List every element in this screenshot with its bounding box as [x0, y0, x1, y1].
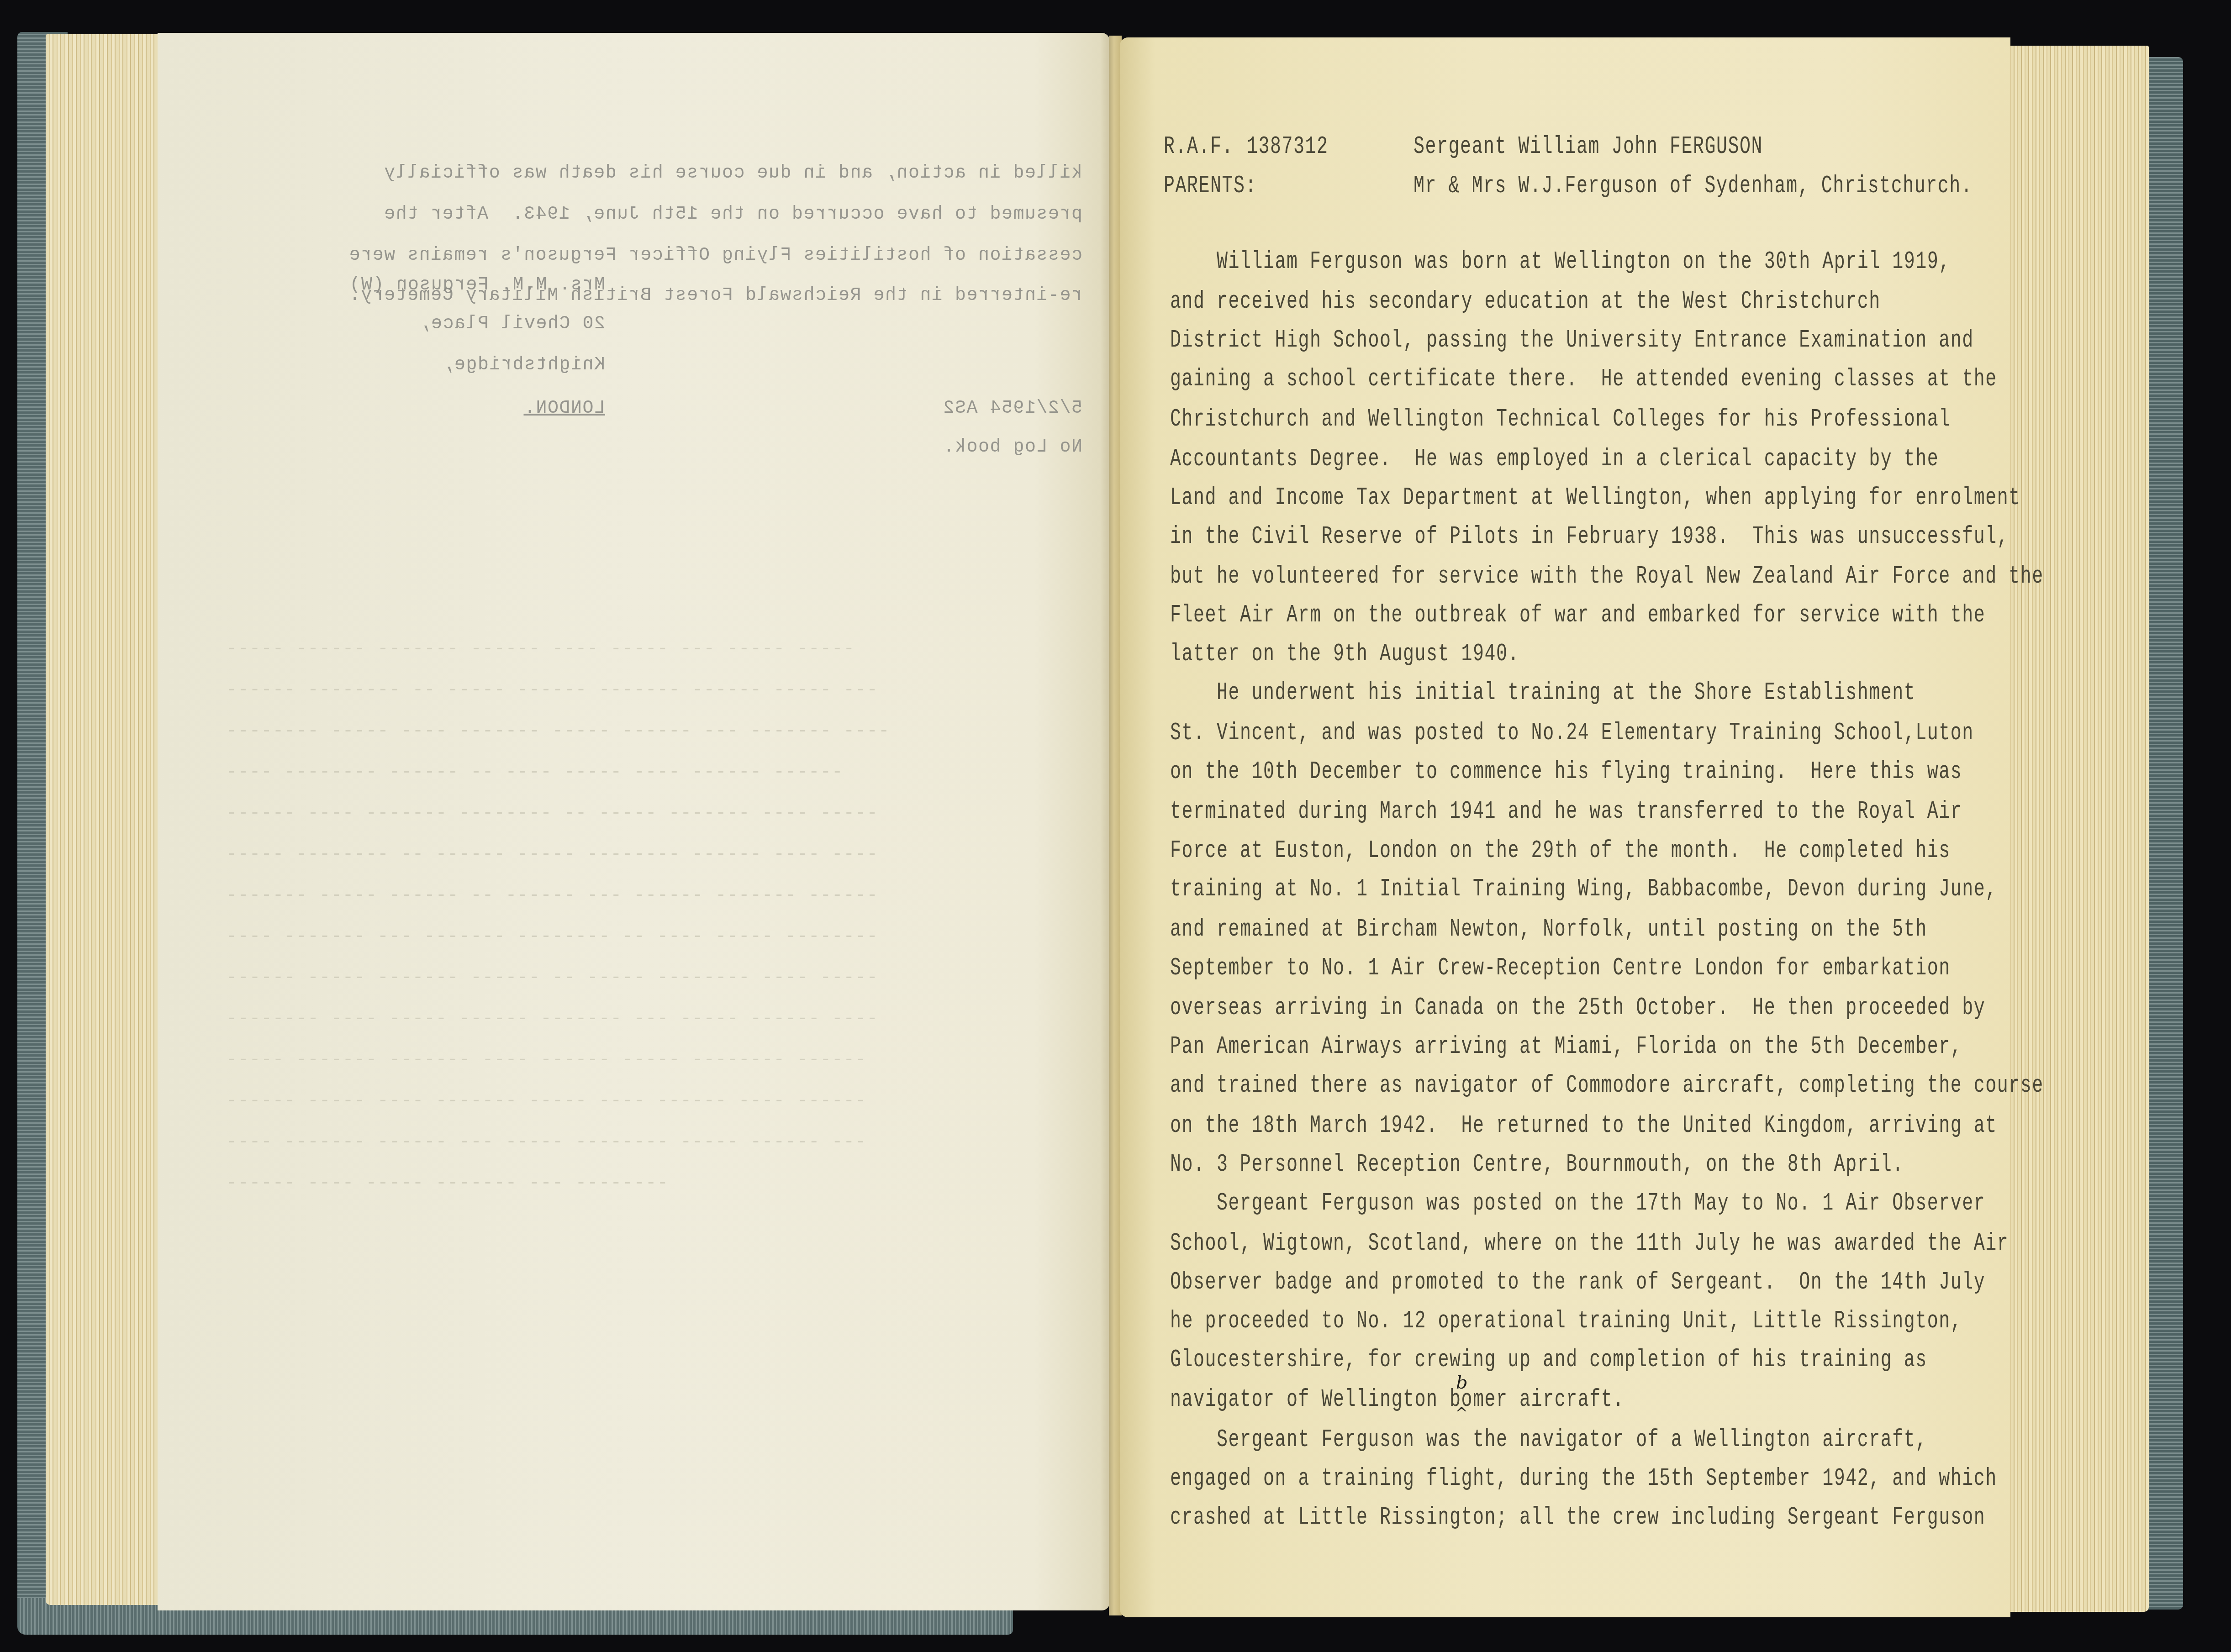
ghost-line: ------- ----- ------ -- ------ --- -----… — [226, 887, 878, 905]
handwritten-caret: ^ — [1455, 1404, 1468, 1422]
text-line: Pan American Airways arriving at Miami, … — [1170, 1035, 1962, 1060]
text-line: He underwent his initial training at the… — [1170, 681, 1915, 706]
text-line: Observer badge and promoted to the rank … — [1170, 1271, 1985, 1295]
text-line: and remained at Bircham Newton, Norfolk,… — [1170, 918, 1927, 942]
handwritten-insert-b: b — [1456, 1372, 1468, 1393]
bleedthrough-text-block: killed in action, and in due course his … — [269, 164, 1082, 584]
text-line: he proceeded to No. 12 operational train… — [1170, 1310, 1962, 1334]
text-line: latter on the 9th August 1940. — [1170, 642, 1519, 667]
text-line: Christchurch and Wellington Technical Co… — [1170, 408, 1951, 432]
text-line: No. 3 Personnel Reception Centre, Bournm… — [1170, 1153, 1904, 1178]
text-line: crashed at Little Rissington; all the cr… — [1170, 1506, 1985, 1531]
text-line: but he volunteered for service with the … — [1170, 565, 2044, 589]
text-line: gaining a school certificate there. He a… — [1170, 368, 1997, 392]
ghost-line: ---- -------- ------ -- ---- ----- ---- … — [226, 763, 844, 782]
text-line: navigator of Wellington bomer aircraft. — [1170, 1388, 1624, 1413]
bleed-address-line: Mrs. M.M. Ferguson (W) — [349, 276, 605, 295]
ghost-line: ------ ---- ----- ------- --- -------- — [226, 1174, 669, 1193]
bleed-log-note: No Log book. — [943, 438, 1082, 457]
ghost-line: ---- ------- --- ------- -------- -- ---… — [226, 928, 878, 946]
text-line: Land and Income Tax Department at Wellin… — [1170, 486, 2020, 511]
text-line: in the Civil Reserve of Pilots in Februa… — [1170, 525, 2009, 550]
ghost-line: -------- ---- ----- ------ ------- --- -… — [226, 1010, 878, 1028]
text-line: terminated during March 1941 and he was … — [1170, 800, 1962, 825]
text-line: Accountants Degree. He was employed in a… — [1170, 447, 1939, 472]
text-line: Sergeant Ferguson was posted on the 17th… — [1170, 1192, 1985, 1216]
ghost-line: -------- ----- ---- ------- ----- ------… — [226, 722, 890, 741]
text-line: and trained there as navigator of Commod… — [1170, 1074, 2044, 1099]
ghost-line: ---- ------- ------ --- ----- -------- -… — [226, 1133, 867, 1152]
service-label: R.A.F. — [1164, 135, 1234, 160]
ghost-line: ----- ------- ------- ---- ------ ----- … — [226, 1051, 867, 1069]
text-line: St. Vincent, and was posted to No.24 Ele… — [1170, 721, 1974, 746]
parents-value: Mr & Mrs W.J.Ferguson of Sydenham, Chris… — [1413, 174, 1973, 199]
text-line: and received his secondary education at … — [1170, 290, 1881, 315]
bleed-address-city: LONDON. — [523, 400, 605, 418]
bleed-line: cessation of hostilities Flying Officer … — [348, 247, 1082, 265]
left-page-stack — [46, 34, 160, 1605]
text-line: Fleet Air Arm on the outbreak of war and… — [1170, 604, 1985, 628]
service-number: 1387312 — [1247, 135, 1329, 160]
ghost-line: ------ ---- ------- -------- -- ----- --… — [226, 805, 878, 823]
parents-label: PARENTS: — [1164, 174, 1257, 199]
ghost-line: ------ -------- -- ----- ------ ------- … — [226, 681, 878, 700]
text-line: Force at Euston, London on the 29th of t… — [1170, 839, 1951, 864]
right-page-stack — [2007, 46, 2149, 1612]
bleed-line: killed in action, and in due course his … — [384, 164, 1082, 183]
ghost-line: ----- ------ ------- ------ ---- ----- -… — [226, 640, 855, 658]
text-line: September to No. 1 Air Crew-Reception Ce… — [1170, 957, 1951, 981]
bleed-address-line: Knightsbridge, — [442, 356, 605, 374]
text-line: overseas arriving in Canada on the 25th … — [1170, 996, 1985, 1021]
ghost-line: ------ ----- ---- ------- ----- ---- ---… — [226, 1092, 867, 1110]
text-line: Sergeant Ferguson was the navigator of a… — [1170, 1428, 1927, 1453]
text-line: on the 18th March 1942. He returned to t… — [1170, 1114, 1997, 1139]
airman-name: Sergeant William John FERGUSON — [1413, 135, 1763, 160]
text-line: William Ferguson was born at Wellington … — [1170, 250, 1951, 275]
ghost-line: ----- -------- -- ------ ----- -------- … — [226, 846, 878, 864]
text-line: Gloucestershire, for crewing up and comp… — [1170, 1348, 1927, 1373]
bleed-address-line: 20 Chevil Place, — [419, 315, 605, 333]
ghost-line: ------ ----- ------- ------ -- ----- ---… — [226, 969, 878, 987]
bleed-date-ref: 5/2/1954 AS2 — [943, 400, 1082, 418]
text-line: District High School, passing the Univer… — [1170, 329, 1974, 353]
text-line: School, Wigtown, Scotland, where on the … — [1170, 1232, 2009, 1257]
text-line: on the 10th December to commence his fly… — [1170, 760, 1962, 785]
text-line: engaged on a training flight, during the… — [1170, 1467, 1997, 1492]
bleed-line: presumed to have occurred on the 15th Ju… — [384, 205, 1082, 224]
text-line: training at No. 1 Initial Training Wing,… — [1170, 878, 1997, 902]
